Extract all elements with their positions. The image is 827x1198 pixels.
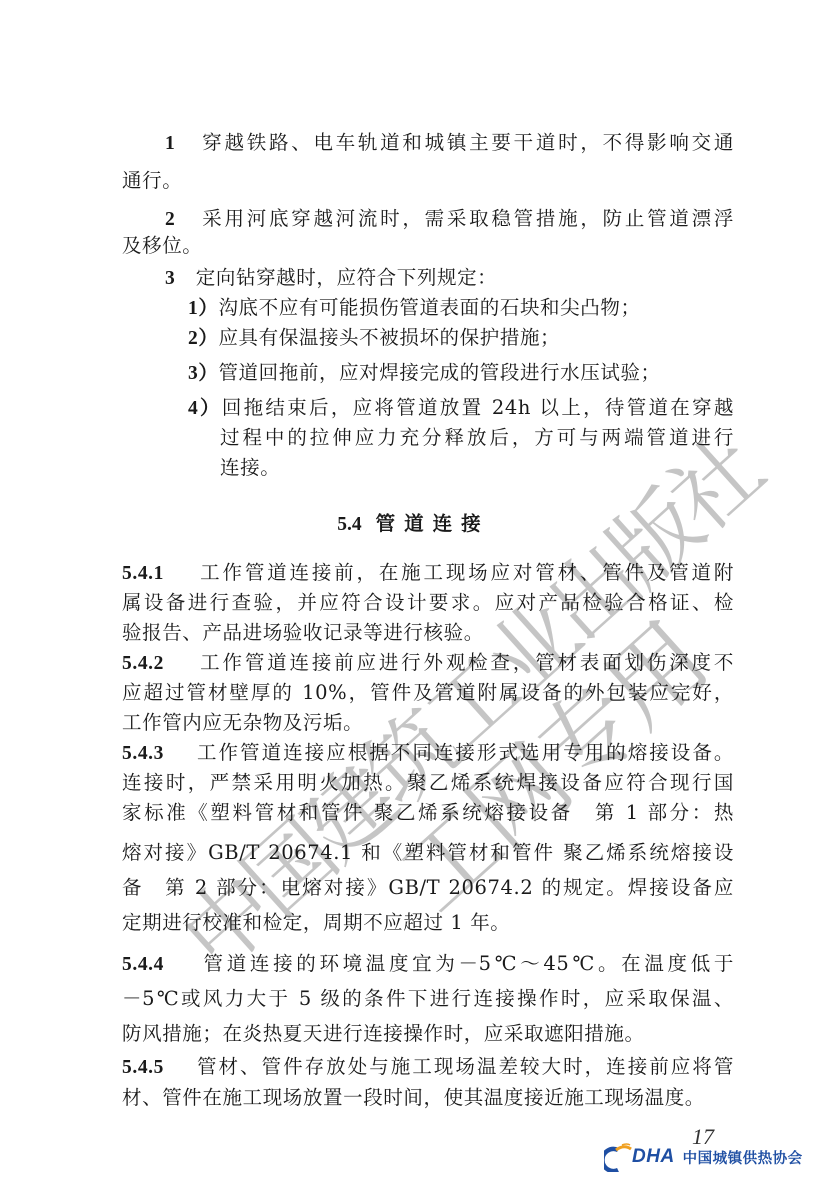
sub-item-1: 1）沟底不应有可能损伤管道表面的石块和尖凸物； — [188, 296, 734, 321]
item-number: 3 — [165, 268, 175, 289]
item-number: 1 — [165, 133, 175, 154]
clause-text: 定期进行校准和检定，周期不应超过 1 年。 — [122, 911, 734, 935]
sub-item-2: 2）应具有保温接头不被损坏的保护措施； — [188, 326, 734, 351]
item-number: 2 — [165, 209, 175, 230]
clause-text: 家标准《塑料管材和管件 聚乙烯系统熔接设备 第 1 部分：热 — [122, 801, 734, 825]
sub-item-3: 3）管道回拖前，应对焊接完成的管段进行水压试验； — [188, 361, 734, 386]
cdha-logo: DHA 中国城镇供热协会 — [604, 1142, 803, 1172]
clause-text: 验报告、产品进场验收记录等进行核验。 — [122, 621, 734, 645]
clause-text: 属设备进行查验，并应符合设计要求。应对产品检验合格证、检 — [122, 591, 734, 615]
clause-text: 备 第 2 部分：电熔对接》GB/T 20674.2 的规定。焊接设备应 — [122, 876, 734, 900]
sub-item-4-cont: 过程中的拉伸应力充分释放后，方可与两端管道进行 — [220, 426, 734, 450]
clause-text: 熔对接》GB/T 20674.1 和《塑料管材和管件 聚乙烯系统熔接设 — [122, 841, 734, 865]
logo-abbreviation: DHA — [632, 1146, 675, 1168]
clause-5-4-4: 5.4.4 管道连接的环境温度宜为－5℃～45℃。在温度低于 — [122, 952, 734, 977]
clause-5-4-5: 5.4.5 管材、管件存放处与施工现场温差较大时，连接前应将管 — [122, 1055, 734, 1080]
sub-item-4: 4）回拖结束后，应将管道放置 24h 以上，待管道在穿越 — [188, 396, 734, 421]
document-page: 中国建筑工业出版社 工网专用 1 穿越铁路、电车轨道和城镇主要干道时，不得影响交… — [0, 0, 827, 1198]
item-3-line: 3 定向钻穿越时，应符合下列规定： — [165, 266, 734, 291]
clause-text: －5℃或风力大于 5 级的条件下进行连接操作时，应采取保温、 — [122, 987, 734, 1011]
item-1-cont: 通行。 — [122, 169, 734, 193]
item-2-line: 2 采用河底穿越河流时，需采取稳管措施，防止管道漂浮 — [165, 207, 734, 232]
clause-5-4-2: 5.4.2 工作管道连接前应进行外观检查，管材表面划伤深度不 — [122, 651, 734, 676]
cdha-logo-icon — [604, 1142, 634, 1172]
item-1-line: 1 穿越铁路、电车轨道和城镇主要干道时，不得影响交通 — [165, 131, 734, 156]
clause-text: 材、管件在施工现场放置一段时间，使其温度接近施工现场温度。 — [122, 1086, 734, 1110]
item-2-cont: 及移位。 — [122, 234, 734, 258]
clause-text: 连接时，严禁采用明火加热。聚乙烯系统焊接设备应符合现行国 — [122, 771, 734, 795]
logo-organization-name: 中国城镇供热协会 — [683, 1147, 803, 1168]
section-heading: 5.4管道连接 — [0, 508, 827, 536]
clause-5-4-3: 5.4.3 工作管道连接应根据不同连接形式选用专用的熔接设备。 — [122, 741, 734, 766]
clause-text: 工作管内应无杂物及污垢。 — [122, 711, 734, 735]
clause-text: 防风措施；在炎热夏天进行连接操作时，应采取遮阳措施。 — [122, 1022, 734, 1046]
sub-item-4-cont2: 连接。 — [220, 456, 734, 480]
clause-text: 应超过管材壁厚的 10%，管件及管道附属设备的外包装应完好， — [122, 681, 734, 705]
clause-5-4-1: 5.4.1 工作管道连接前，在施工现场应对管材、管件及管道附 — [122, 561, 734, 586]
